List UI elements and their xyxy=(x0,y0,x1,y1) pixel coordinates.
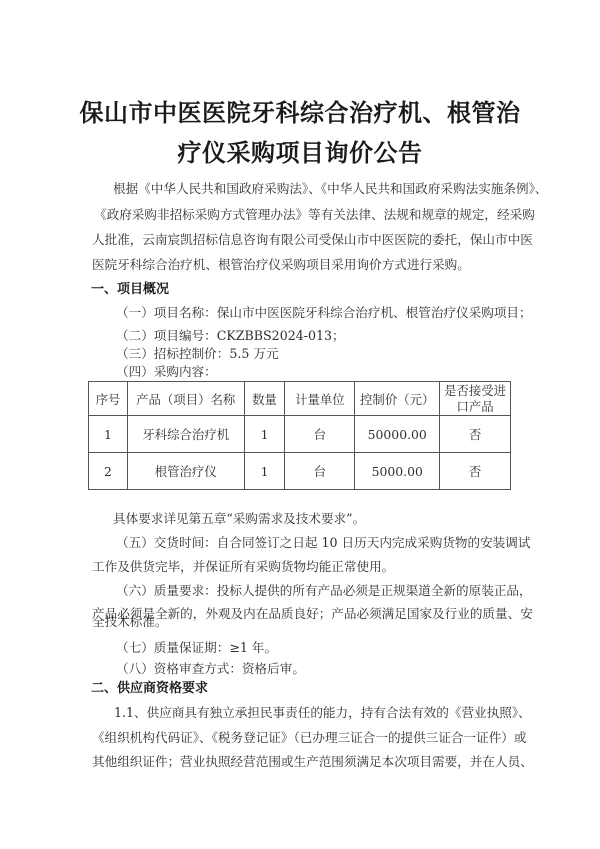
project-number-item: （二）项目编号：CKZBBS2024-013； xyxy=(116,328,345,344)
cell-accept-import: 否 xyxy=(440,416,511,453)
warranty-period-item: （七）质量保证期：≥1 年。 xyxy=(116,640,277,656)
cell-quantity: 1 xyxy=(244,416,285,453)
cell-control-price: 50000.00 xyxy=(355,416,440,453)
header-no: 序号 xyxy=(89,382,128,416)
document-title-line2: 疗仪采购项目询价公告 xyxy=(0,133,600,168)
cell-quantity: 1 xyxy=(244,453,285,490)
delivery-time-item: （五）交货时间：自合同签订之日起 10 日历天内完成采购货物的安装调试 xyxy=(116,535,530,551)
supplier-qualification-line: 《组织机构代码证》、《税务登记证》（已办理三证合一的提供三证合一证件）或 xyxy=(92,730,526,746)
header-accept-import: 是否接受进 口产品 xyxy=(440,382,511,416)
header-unit: 计量单位 xyxy=(285,382,355,416)
header-accept-import-line2: 口产品 xyxy=(440,399,510,415)
quality-requirement-cont2: 全技术标准。 xyxy=(92,614,168,630)
cell-no: 2 xyxy=(89,453,128,490)
supplier-qualification-line: 其他组织证件；营业执照经营范围或生产范围须满足本次项目需要，并在人员、 xyxy=(92,754,533,770)
header-accept-import-line1: 是否接受进 xyxy=(440,383,510,399)
qualification-review-item: （八）资格审查方式：资格后审。 xyxy=(116,661,305,677)
intro-line: 医院牙科综合治疗机、根管治疗仪采购项目采用询价方式进行采购。 xyxy=(92,257,470,273)
procurement-table: 序号 产品（项目）名称 数量 计量单位 控制价（元） 是否接受进 口产品 1 牙… xyxy=(88,381,511,490)
cell-product-name: 根管治疗仪 xyxy=(127,453,244,490)
quality-requirement-item: （六）质量要求：投标人提供的所有产品必须是正规渠道全新的原装正品， xyxy=(116,583,532,599)
section-heading-supplier-qualifications: 二、供应商资格要求 xyxy=(91,681,208,697)
intro-line: 根据《中华人民共和国政府采购法》、《中华人民共和国政府采购法实施条例》、 xyxy=(113,181,547,197)
table-row: 2 根管治疗仪 1 台 5000.00 否 xyxy=(89,453,511,490)
control-price-item: （三）招标控制价：5.5 万元 xyxy=(116,346,279,362)
table-row: 1 牙科综合治疗机 1 台 50000.00 否 xyxy=(89,416,511,453)
delivery-time-cont: 工作及供货完毕，并保证所有采购货物均能正常使用。 xyxy=(92,559,394,575)
header-quantity: 数量 xyxy=(244,382,285,416)
supplier-qualification-line: 1.1、供应商具有独立承担民事责任的能力，持有合法有效的《营业执照》、 xyxy=(114,705,531,721)
table-header-row: 序号 产品（项目）名称 数量 计量单位 控制价（元） 是否接受进 口产品 xyxy=(89,382,511,416)
procurement-content-item: （四）采购内容： xyxy=(116,364,217,380)
cell-control-price: 5000.00 xyxy=(355,453,440,490)
intro-line: 《政府采购非招标采购方式管理办法》等有关法律、法规和规章的规定，经采购 xyxy=(94,207,535,223)
cell-accept-import: 否 xyxy=(440,453,511,490)
section-heading-project-overview: 一、项目概况 xyxy=(91,282,169,298)
cell-unit: 台 xyxy=(285,453,355,490)
cell-no: 1 xyxy=(89,416,128,453)
header-product-name: 产品（项目）名称 xyxy=(127,382,244,416)
cell-product-name: 牙科综合治疗机 xyxy=(127,416,244,453)
requirements-reference: 具体要求详见第五章“采购需求及技术要求”。 xyxy=(113,511,365,527)
project-name-item: （一）项目名称：保山市中医医院牙科综合治疗机、根管治疗仪采购项目； xyxy=(116,305,532,321)
document-title-line1: 保山市中医医院牙科综合治疗机、根管治 xyxy=(0,93,600,128)
header-control-price: 控制价（元） xyxy=(355,382,440,416)
cell-unit: 台 xyxy=(285,416,355,453)
intro-line: 人批准，云南宸凯招标信息咨询有限公司受保山市中医医院的委托，保山市中医 xyxy=(92,232,533,248)
